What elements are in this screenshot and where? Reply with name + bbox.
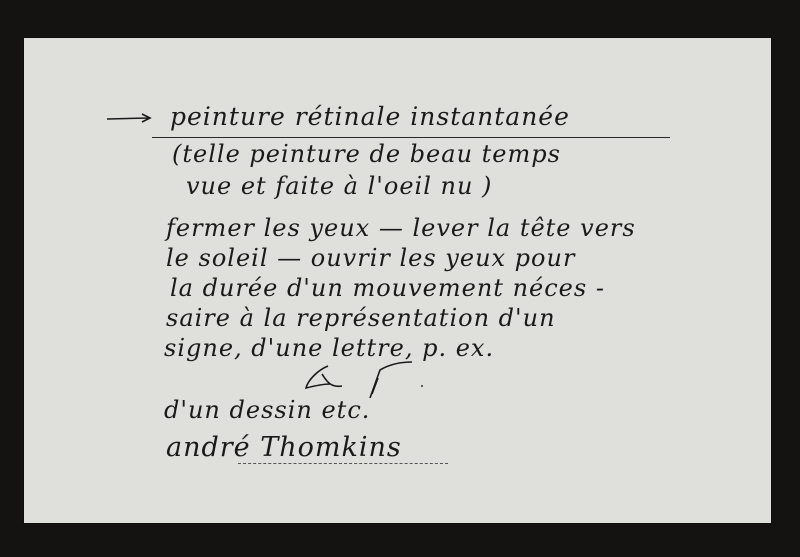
parenthetical-line-1: (telle peinture de beau temps — [172, 140, 561, 168]
body-line-1: fermer les yeux — lever la tête vers — [166, 214, 636, 242]
signature-underline — [238, 463, 448, 464]
closing-line: d'un dessin etc. — [164, 396, 370, 424]
parenthetical-line-2: vue et faite à l'oeil nu ) — [186, 172, 492, 200]
body-line-2: le soleil — ouvrir les yeux pour — [166, 244, 575, 272]
arrow-icon — [106, 112, 152, 124]
letter-sketch-icon — [300, 358, 450, 398]
heading-underline — [152, 137, 670, 138]
heading: peinture rétinale instantanée — [170, 102, 570, 131]
body-line-4: saire à la représentation d'un — [166, 304, 556, 332]
body-line-3: la durée d'un mouvement néces - — [170, 274, 605, 302]
signature: andré Thomkins — [166, 432, 402, 463]
